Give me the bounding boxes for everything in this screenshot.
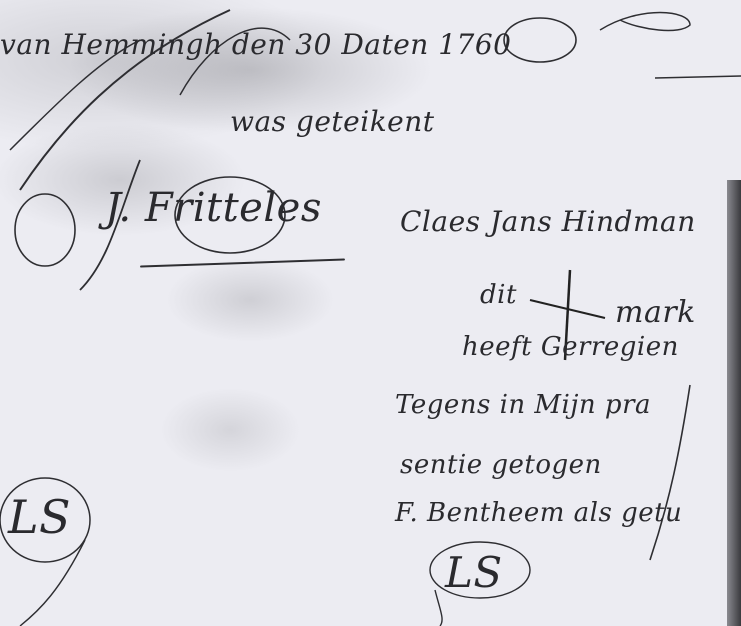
manuscript-page: van Hemmingh den 30 Daten 1760 was getei…: [0, 0, 741, 626]
paraph-bottom: LS: [445, 548, 503, 597]
paraph-left: LS: [8, 490, 71, 544]
line-tegens: Tegens in Mijn pra: [395, 390, 651, 420]
line-witness: F. Bentheem als getu: [395, 498, 682, 528]
line-sentie: sentie getogen: [400, 450, 602, 480]
line-dit: dit: [480, 280, 517, 310]
line-name: Claes Jans Hindman: [400, 205, 696, 238]
line-mark: mark: [615, 295, 696, 330]
line-signed: was geteikent: [230, 105, 435, 138]
line-heeft: heeft Gerregien: [462, 332, 679, 362]
page-edge-shadow: [727, 180, 741, 626]
line-date: van Hemmingh den 30 Daten 1760: [0, 28, 512, 61]
signature-fritteles: J. Fritteles: [105, 185, 322, 231]
